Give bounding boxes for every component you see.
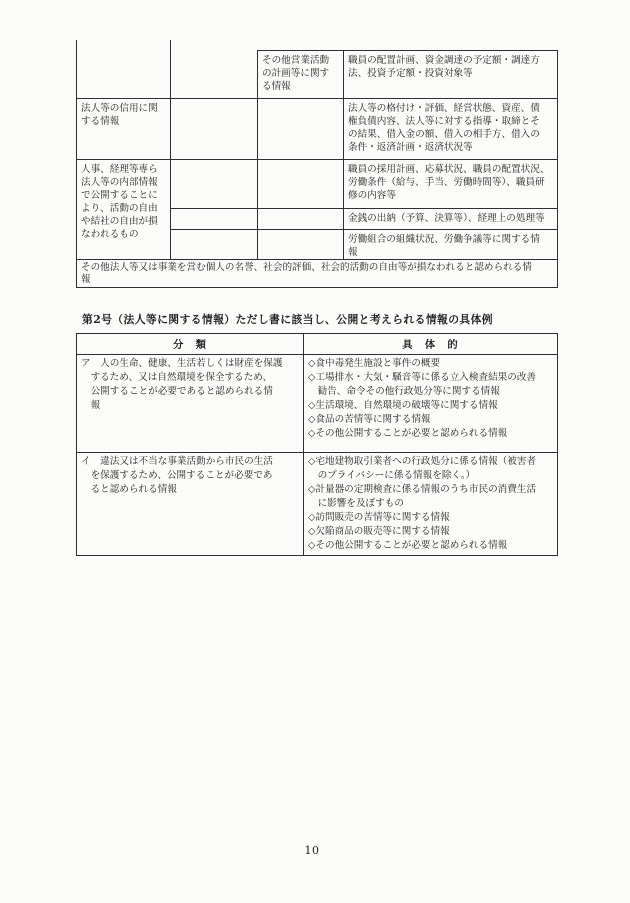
table-row: イ 違法又は不当な事業活動から市民の生活 を保護するため、公開することが必要であ… bbox=[77, 453, 558, 556]
table-row: ア 人の生命、健康、生活若しくは財産を保護 するため、又は自然環境を保全するため… bbox=[77, 355, 558, 453]
cell-category-a: ア 人の生命、健康、生活若しくは財産を保護 するため、又は自然環境を保全するため… bbox=[77, 355, 304, 453]
table-row: 人事、経理等専ら 法人等の内部情報 で公開することに より、活動の自由 や結社の… bbox=[77, 160, 558, 209]
list-item-diamond: ◇訪問販売の苦情等に関する情報 bbox=[308, 511, 553, 525]
cell-examples-a: ◇食中毒発生施設と事件の概要 ◇工場排水・大気・騒音等に係る立入検査結果の改善 … bbox=[304, 355, 558, 453]
cell-recruitment-examples: 職員の採用計画、応募状況、職員の配置状況、 労働条件（給与、手当、労働時間等）、… bbox=[344, 160, 558, 209]
list-item-diamond: ◇欠陥商品の販売等に関する情報 bbox=[308, 525, 553, 539]
empty-cell bbox=[258, 99, 344, 160]
list-item-diamond: ◇その他公開することが必要と認められる情報 bbox=[308, 427, 553, 441]
empty-cell bbox=[258, 160, 344, 209]
empty-cell bbox=[77, 51, 171, 99]
cell-other-corporate-info: その他法人等又は事業を営む個人の名誉、社会的評価、社会的活動の自由等が損なわれる… bbox=[77, 260, 558, 288]
page-number: 10 bbox=[0, 844, 624, 857]
cell-credit-category: 法人等の信用に関 する情報 bbox=[77, 99, 171, 160]
cell-staffing-funding-examples: 職員の配置計画、資金調達の予定額・調達方 法、投資予定額・投資対象等 bbox=[344, 51, 558, 99]
empty-cell bbox=[171, 99, 258, 160]
document-page: その他営業活動 の計画等に関す る情報 職員の配置計画、資金調達の予定額・調達方… bbox=[0, 0, 630, 903]
section2-heading: 第2号（法人等に関する情報）ただし書に該当し、公開と考えられる情報の具体例 bbox=[82, 312, 493, 327]
list-item-diamond: ◇食中毒発生施設と事件の概要 bbox=[308, 357, 553, 371]
header-classification: 分 類 bbox=[77, 334, 304, 355]
list-item-diamond: ◇宅地建物取引業者への行政処分に係る情報（被害者 のプライバシーに係る情報を除く… bbox=[308, 455, 553, 483]
cell-internal-info-category: 人事、経理等専ら 法人等の内部情報 で公開することに より、活動の自由 や結社の… bbox=[77, 160, 171, 260]
cell-accounting-examples: 金銭の出納（予算、決算等）、経理上の処理等 bbox=[344, 209, 558, 230]
empty-cell bbox=[171, 160, 258, 209]
list-item-diamond: ◇工場排水・大気・騒音等に係る立入検査結果の改善 勧告、命令その他行政処分等に関… bbox=[308, 371, 553, 399]
empty-cell bbox=[171, 51, 258, 99]
cell-category-i: イ 違法又は不当な事業活動から市民の生活 を保護するため、公開することが必要であ… bbox=[77, 453, 304, 556]
table-row: その他法人等又は事業を営む個人の名誉、社会的評価、社会的活動の自由等が損なわれる… bbox=[77, 260, 558, 288]
table-row: 法人等の信用に関 する情報 法人等の格付け・評価、経営状態、資産、債 権負債内容… bbox=[77, 99, 558, 160]
table-disclosure-examples: 分 類 具 体 的 ア 人の生命、健康、生活若しくは財産を保護 するため、又は自… bbox=[76, 333, 558, 556]
list-item-diamond: ◇計量器の定期検査に係る情報のうち市民の消費生活 に影響を及ぼすもの bbox=[308, 483, 553, 511]
cell-examples-i: ◇宅地建物取引業者への行政処分に係る情報（被害者 のプライバシーに係る情報を除く… bbox=[304, 453, 558, 556]
empty-cell bbox=[258, 209, 344, 230]
empty-cell bbox=[258, 230, 344, 260]
empty-cell bbox=[171, 230, 258, 260]
table-header-row: 分 類 具 体 的 bbox=[77, 334, 558, 355]
table-row: その他営業活動 の計画等に関す る情報 職員の配置計画、資金調達の予定額・調達方… bbox=[77, 51, 558, 99]
header-concrete: 具 体 的 bbox=[304, 334, 558, 355]
empty-cell bbox=[171, 209, 258, 230]
table-corporate-nondisclosure-info: その他営業活動 の計画等に関す る情報 職員の配置計画、資金調達の予定額・調達方… bbox=[76, 50, 558, 288]
list-item-diamond: ◇食品の苦情等に関する情報 bbox=[308, 413, 553, 427]
list-item-diamond: ◇生活環境、自然環境の破壊等に関する情報 bbox=[308, 399, 553, 413]
cell-other-business-activities: その他営業活動 の計画等に関す る情報 bbox=[258, 51, 344, 99]
cell-union-examples: 労働組合の組織状況、労働争議等に関する情 報 bbox=[344, 230, 558, 260]
list-item-diamond: ◇その他公開することが必要と認められる情報 bbox=[308, 539, 553, 553]
cell-credit-examples: 法人等の格付け・評価、経営状態、資産、債 権負債内容、法人等に対する指導・取締と… bbox=[344, 99, 558, 160]
